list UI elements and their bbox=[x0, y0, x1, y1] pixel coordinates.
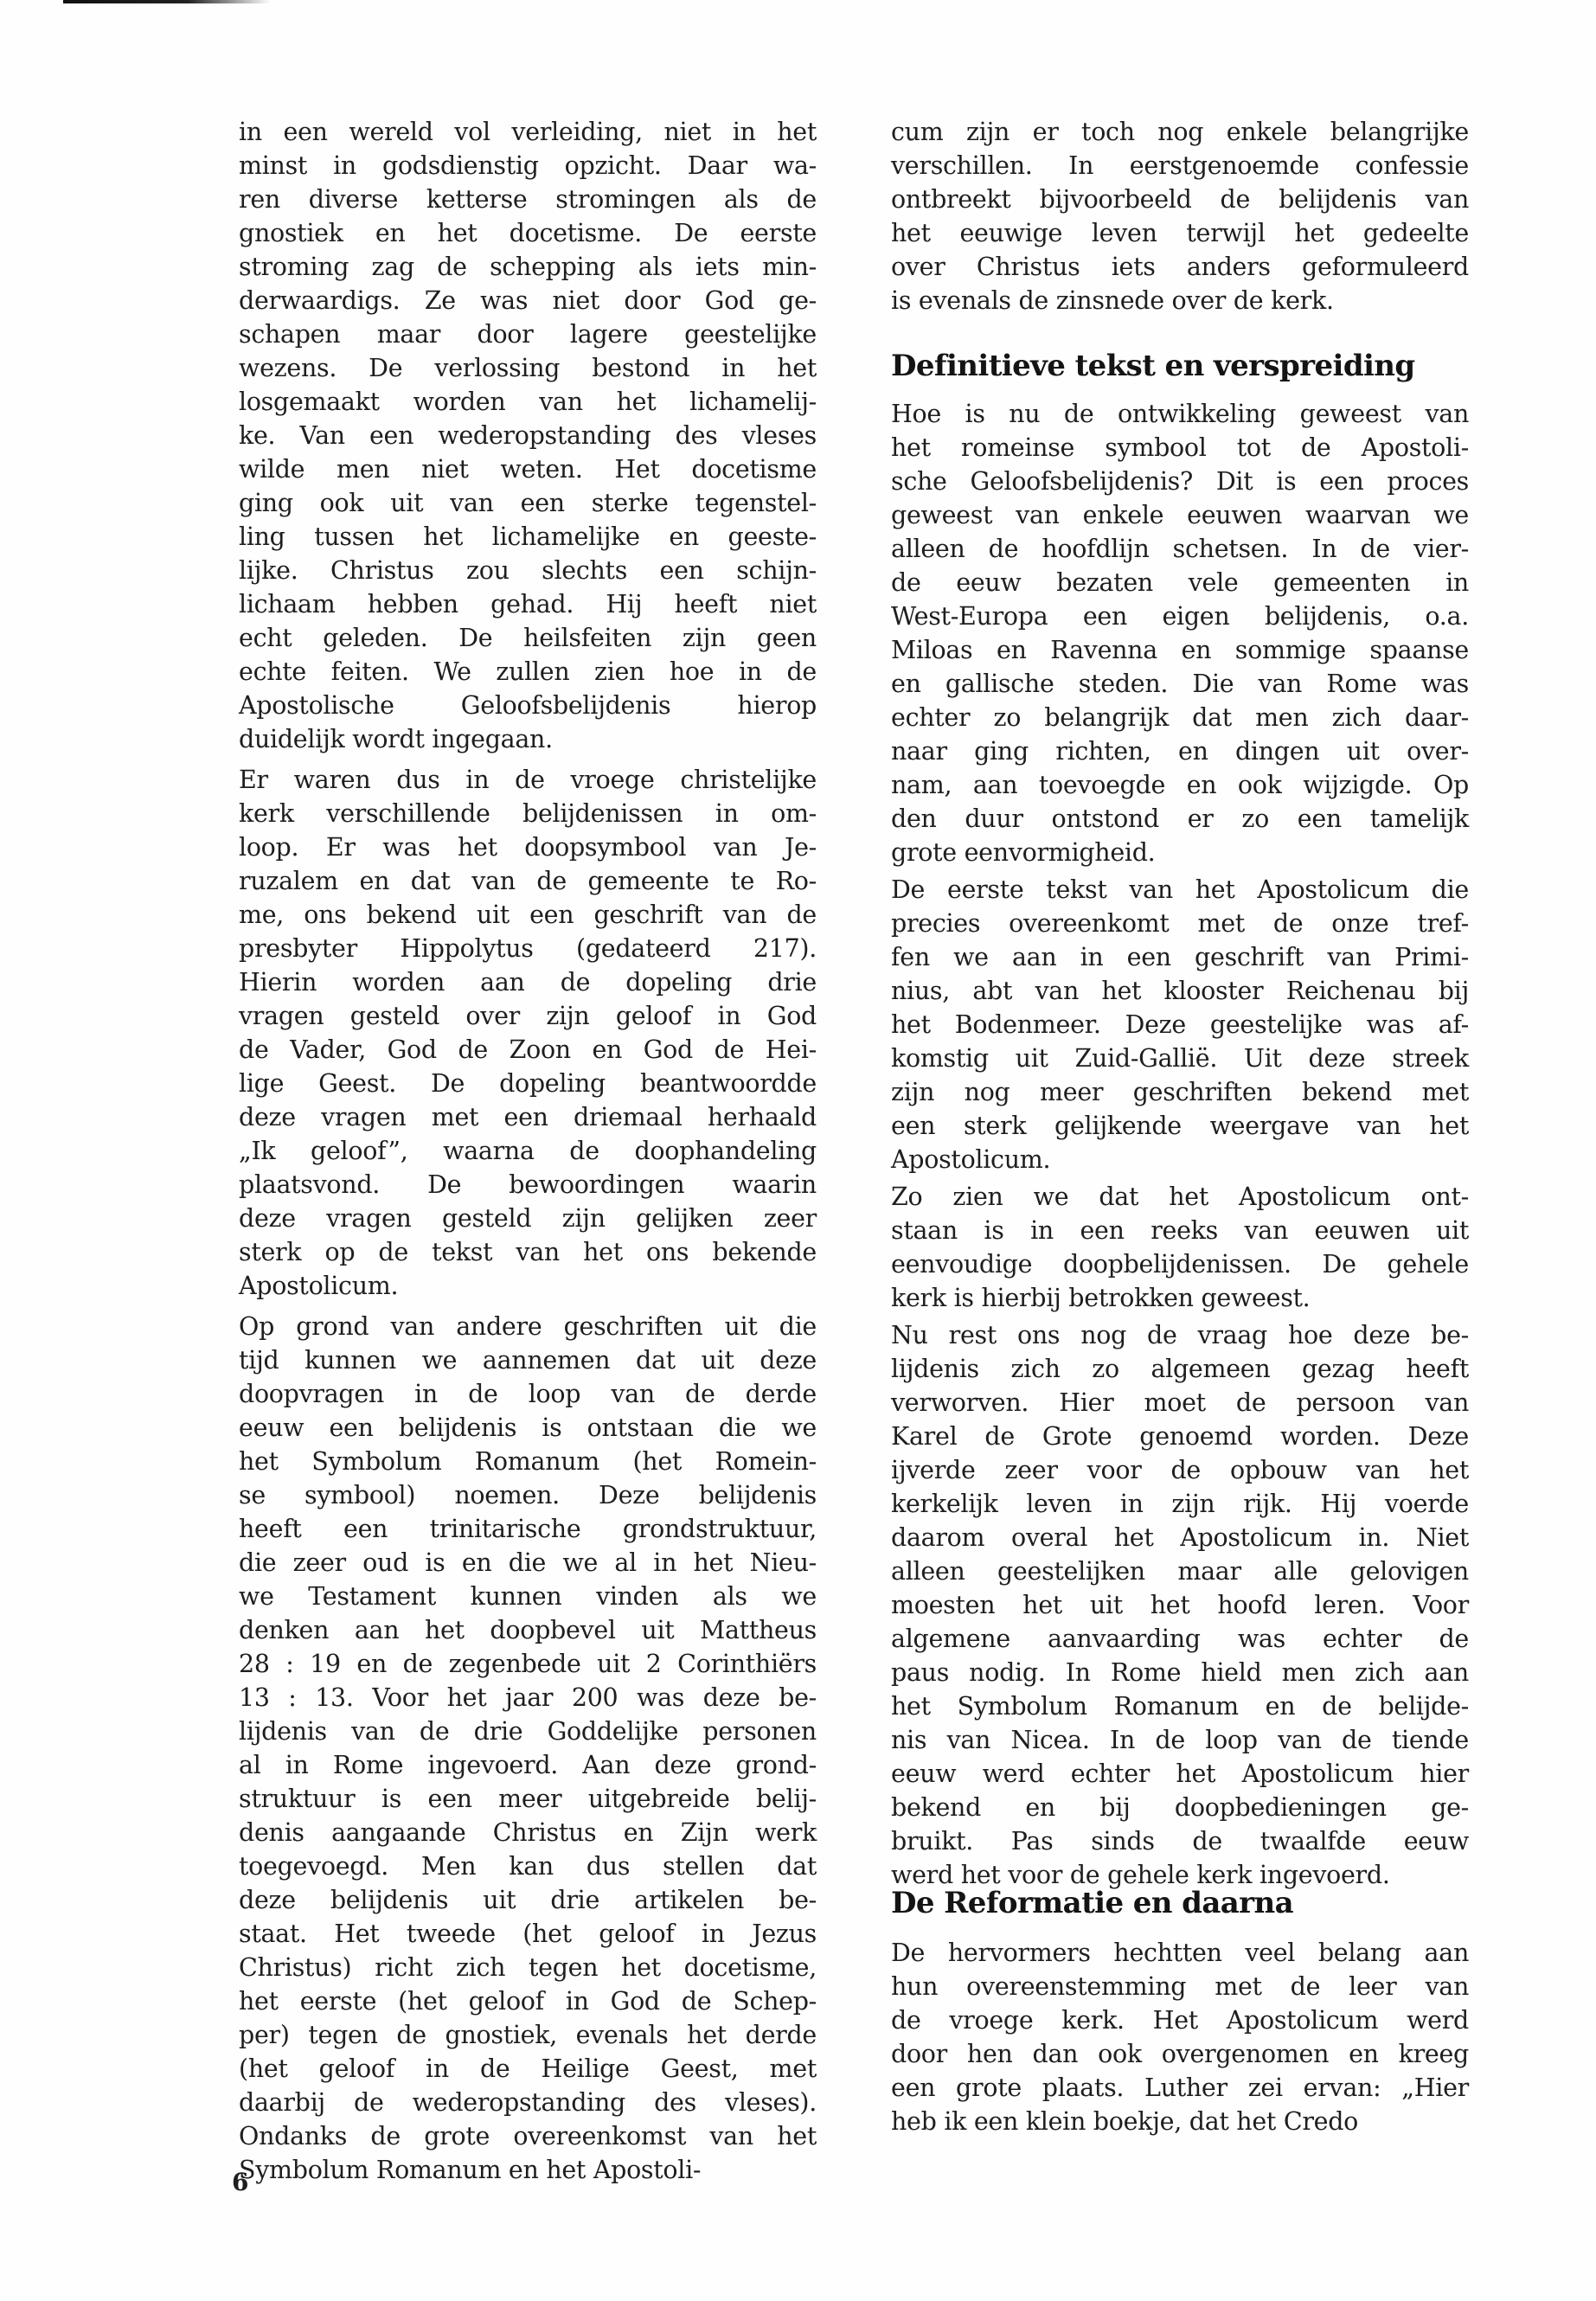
text-line: algemene aanvaarding was echter de bbox=[891, 1622, 1469, 1656]
text-line: echter zo belangrijk dat men zich daar- bbox=[891, 701, 1469, 734]
text-line: Apostolicum. bbox=[239, 1269, 817, 1303]
text-line: Zo zien we dat het Apostolicum ont- bbox=[891, 1180, 1469, 1214]
text-line: loop. Er was het doopsymbool van Je- bbox=[239, 830, 817, 864]
text-line: kerk is hierbij betrokken geweest. bbox=[891, 1281, 1469, 1315]
text-line: in een wereld vol verleiding, niet in he… bbox=[239, 115, 817, 149]
text-line: Hierin worden aan de dopeling drie bbox=[239, 965, 817, 999]
text-line: daarbij de wederopstanding des vleses). bbox=[239, 2086, 817, 2119]
text-line: het Bodenmeer. Deze geestelijke was af- bbox=[891, 1008, 1469, 1042]
text-line: Apostolicum. bbox=[891, 1143, 1469, 1176]
text-line: eeuw werd echter het Apostolicum hier bbox=[891, 1757, 1469, 1791]
section-heading: De Reformatie en daarna bbox=[891, 1884, 1293, 1922]
text-line: heb ik een klein boekje, dat het Credo bbox=[891, 2105, 1469, 2138]
text-line: eenvoudige doopbelijdenissen. De gehele bbox=[891, 1247, 1469, 1281]
text-line: lijdenis van de drie Goddelijke personen bbox=[239, 1715, 817, 1748]
text-line: losgemaakt worden van het lichamelij- bbox=[239, 385, 817, 419]
text-line: 28 : 19 en de zegenbede uit 2 Corinthiër… bbox=[239, 1647, 817, 1681]
text-line: ling tussen het lichamelijke en geeste- bbox=[239, 520, 817, 554]
text-line: vragen gesteld over zijn geloof in God bbox=[239, 999, 817, 1033]
text-line: en gallische steden. Die van Rome was bbox=[891, 667, 1469, 701]
text-line: bruikt. Pas sinds de twaalfde eeuw bbox=[891, 1824, 1469, 1858]
text-line: nam, aan toevoegde en ook wijzigde. Op bbox=[891, 768, 1469, 802]
text-line: sche Geloofsbelijdenis? Dit is een proce… bbox=[891, 465, 1469, 498]
text-line: eeuw een belijdenis is ontstaan die we bbox=[239, 1411, 817, 1445]
text-line: Er waren dus in de vroege christelijke bbox=[239, 763, 817, 797]
text-line: Christus) richt zich tegen het docetisme… bbox=[239, 1951, 817, 1984]
text-line: geweest van enkele eeuwen waarvan we bbox=[891, 498, 1469, 532]
scan-edge-rule bbox=[63, 0, 271, 3]
text-line: precies overeenkomt met de onze tref- bbox=[891, 907, 1469, 940]
text-line: ontbreekt bijvoorbeeld de belijdenis van bbox=[891, 183, 1469, 216]
text-line: lijdenis zich zo algemeen gezag heeft bbox=[891, 1352, 1469, 1386]
text-line: struktuur is een meer uitgebreide belij- bbox=[239, 1782, 817, 1816]
text-line: tijd kunnen we aannemen dat uit deze bbox=[239, 1343, 817, 1377]
text-line: denken aan het doopbevel uit Mattheus bbox=[239, 1613, 817, 1647]
text-line: doopvragen in de loop van de derde bbox=[239, 1377, 817, 1411]
text-line: toegevoegd. Men kan dus stellen dat bbox=[239, 1849, 817, 1883]
text-line: is evenals de zinsnede over de kerk. bbox=[891, 284, 1469, 317]
text-line: daarom overal het Apostolicum in. Niet bbox=[891, 1521, 1469, 1554]
text-line: wilde men niet weten. Het docetisme bbox=[239, 452, 817, 486]
text-line: het eeuwige leven terwijl het gedeelte bbox=[891, 216, 1469, 250]
text-line: Karel de Grote genoemd worden. Deze bbox=[891, 1420, 1469, 1453]
text-line: stroming zag de schepping als iets min- bbox=[239, 250, 817, 284]
text-line: verschillen. In eerstgenoemde confessie bbox=[891, 149, 1469, 183]
text-line: Miloas en Ravenna en sommige spaanse bbox=[891, 633, 1469, 667]
text-line: fen we aan in een geschrift van Primi- bbox=[891, 940, 1469, 974]
text-line: deze vragen met een driemaal herhaald bbox=[239, 1100, 817, 1134]
text-line: de vroege kerk. Het Apostolicum werd bbox=[891, 2003, 1469, 2037]
text-line: „Ik geloof”, waarna de doophandeling bbox=[239, 1134, 817, 1168]
text-line: Ondanks de grote overeenkomst van het bbox=[239, 2119, 817, 2153]
text-line: het Symbolum Romanum en de belijde- bbox=[891, 1689, 1469, 1723]
text-line: al in Rome ingevoerd. Aan deze grond- bbox=[239, 1748, 817, 1782]
text-line: De hervormers hechtten veel belang aan bbox=[891, 1936, 1469, 1970]
text-line: se symbool) noemen. Deze belijdenis bbox=[239, 1478, 817, 1512]
text-line: presbyter Hippolytus (gedateerd 217). bbox=[239, 932, 817, 965]
text-line: lijke. Christus zou slechts een schijn- bbox=[239, 554, 817, 587]
text-line: duidelijk wordt ingegaan. bbox=[239, 722, 817, 756]
text-line: ke. Van een wederopstanding des vleses bbox=[239, 419, 817, 452]
text-line: een sterk gelijkende weergave van het bbox=[891, 1109, 1469, 1143]
text-line: deze belijdenis uit drie artikelen be- bbox=[239, 1883, 817, 1917]
text-line: Op grond van andere geschriften uit die bbox=[239, 1310, 817, 1343]
text-line: 13 : 13. Voor het jaar 200 was deze be- bbox=[239, 1681, 817, 1715]
text-line: den duur ontstond er zo een tamelijk bbox=[891, 802, 1469, 836]
text-line: (het geloof in de Heilige Geest, met bbox=[239, 2052, 817, 2086]
text-line: schapen maar door lagere geestelijke bbox=[239, 317, 817, 351]
text-line: Nu rest ons nog de vraag hoe deze be- bbox=[891, 1318, 1469, 1352]
text-line: verworven. Hier moet de persoon van bbox=[891, 1386, 1469, 1420]
text-line: het Symbolum Romanum (het Romein- bbox=[239, 1445, 817, 1478]
text-line: alleen geestelijken maar alle gelovigen bbox=[891, 1554, 1469, 1588]
section-heading: Definitieve tekst en verspreiding bbox=[891, 347, 1415, 385]
text-line: ruzalem en dat van de gemeente te Ro- bbox=[239, 864, 817, 898]
text-line: echt geleden. De heilsfeiten zijn geen bbox=[239, 621, 817, 655]
text-line: bekend en bij doopbedieningen ge- bbox=[891, 1791, 1469, 1824]
text-line: kerk verschillende belijdenissen in om- bbox=[239, 797, 817, 830]
text-line: grote eenvormigheid. bbox=[891, 836, 1469, 869]
text-line: derwaardigs. Ze was niet door God ge- bbox=[239, 284, 817, 317]
text-line: komstig uit Zuid-Gallië. Uit deze streek bbox=[891, 1042, 1469, 1075]
text-line: kerkelijk leven in zijn rijk. Hij voerde bbox=[891, 1487, 1469, 1521]
text-line: ging ook uit van een sterke tegenstel- bbox=[239, 486, 817, 520]
text-line: we Testament kunnen vinden als we bbox=[239, 1580, 817, 1613]
text-line: hun overeenstemming met de leer van bbox=[891, 1970, 1469, 2003]
text-line: lichaam hebben gehad. Hij heeft niet bbox=[239, 587, 817, 621]
text-line: sterk op de tekst van het ons bekende bbox=[239, 1235, 817, 1269]
text-line: nius, abt van het klooster Reichenau bij bbox=[891, 974, 1469, 1008]
text-line: lige Geest. De dopeling beantwoordde bbox=[239, 1067, 817, 1100]
text-line: moesten het uit het hoofd leren. Voor bbox=[891, 1588, 1469, 1622]
text-line: per) tegen de gnostiek, evenals het derd… bbox=[239, 2018, 817, 2052]
text-line: Apostolische Geloofsbelijdenis hierop bbox=[239, 689, 817, 722]
text-line: paus nodig. In Rome hield men zich aan bbox=[891, 1656, 1469, 1689]
text-line: staan is in een reeks van eeuwen uit bbox=[891, 1214, 1469, 1247]
text-line: West-Europa een eigen belijdenis, o.a. bbox=[891, 599, 1469, 633]
text-line: ijverde zeer voor de opbouw van het bbox=[891, 1453, 1469, 1487]
text-line: Symbolum Romanum en het Apostoli- bbox=[239, 2153, 817, 2187]
text-line: echte feiten. We zullen zien hoe in de bbox=[239, 655, 817, 689]
text-line: de Vader, God de Zoon en God de Hei- bbox=[239, 1033, 817, 1067]
text-line: cum zijn er toch nog enkele belangrijke bbox=[891, 115, 1469, 149]
text-line: het eerste (het geloof in God de Schep- bbox=[239, 1984, 817, 2018]
text-line: minst in godsdienstig opzicht. Daar wa- bbox=[239, 149, 817, 183]
text-line: naar ging richten, en dingen uit over- bbox=[891, 734, 1469, 768]
document-page: in een wereld vol verleiding, niet in he… bbox=[0, 0, 1596, 2301]
text-line: De eerste tekst van het Apostolicum die bbox=[891, 873, 1469, 907]
text-line: plaatsvond. De bewoordingen waarin bbox=[239, 1168, 817, 1202]
text-line: denis aangaande Christus en Zijn werk bbox=[239, 1816, 817, 1849]
text-line: Hoe is nu de ontwikkeling geweest van bbox=[891, 397, 1469, 431]
text-line: de eeuw bezaten vele gemeenten in bbox=[891, 566, 1469, 599]
text-line: me, ons bekend uit een geschrift van de bbox=[239, 898, 817, 932]
text-line: gnostiek en het docetisme. De eerste bbox=[239, 216, 817, 250]
text-line: over Christus iets anders geformuleerd bbox=[891, 250, 1469, 284]
text-line: ren diverse ketterse stromingen als de bbox=[239, 183, 817, 216]
text-line: het romeinse symbool tot de Apostoli- bbox=[891, 431, 1469, 465]
text-line: deze vragen gesteld zijn gelijken zeer bbox=[239, 1202, 817, 1235]
text-line: die zeer oud is en die we al in het Nieu… bbox=[239, 1546, 817, 1580]
text-line: zijn nog meer geschriften bekend met bbox=[891, 1075, 1469, 1109]
text-line: alleen de hoofdlijn schetsen. In de vier… bbox=[891, 532, 1469, 566]
text-line: staat. Het tweede (het geloof in Jezus bbox=[239, 1917, 817, 1951]
page-number: 6 bbox=[232, 2167, 248, 2198]
text-line: nis van Nicea. In de loop van de tiende bbox=[891, 1723, 1469, 1757]
text-line: wezens. De verlossing bestond in het bbox=[239, 351, 817, 385]
text-line: een grote plaats. Luther zei ervan: „Hie… bbox=[891, 2071, 1469, 2105]
text-line: heeft een trinitarische grondstruktuur, bbox=[239, 1512, 817, 1546]
text-line: door hen dan ook overgenomen en kreeg bbox=[891, 2037, 1469, 2071]
